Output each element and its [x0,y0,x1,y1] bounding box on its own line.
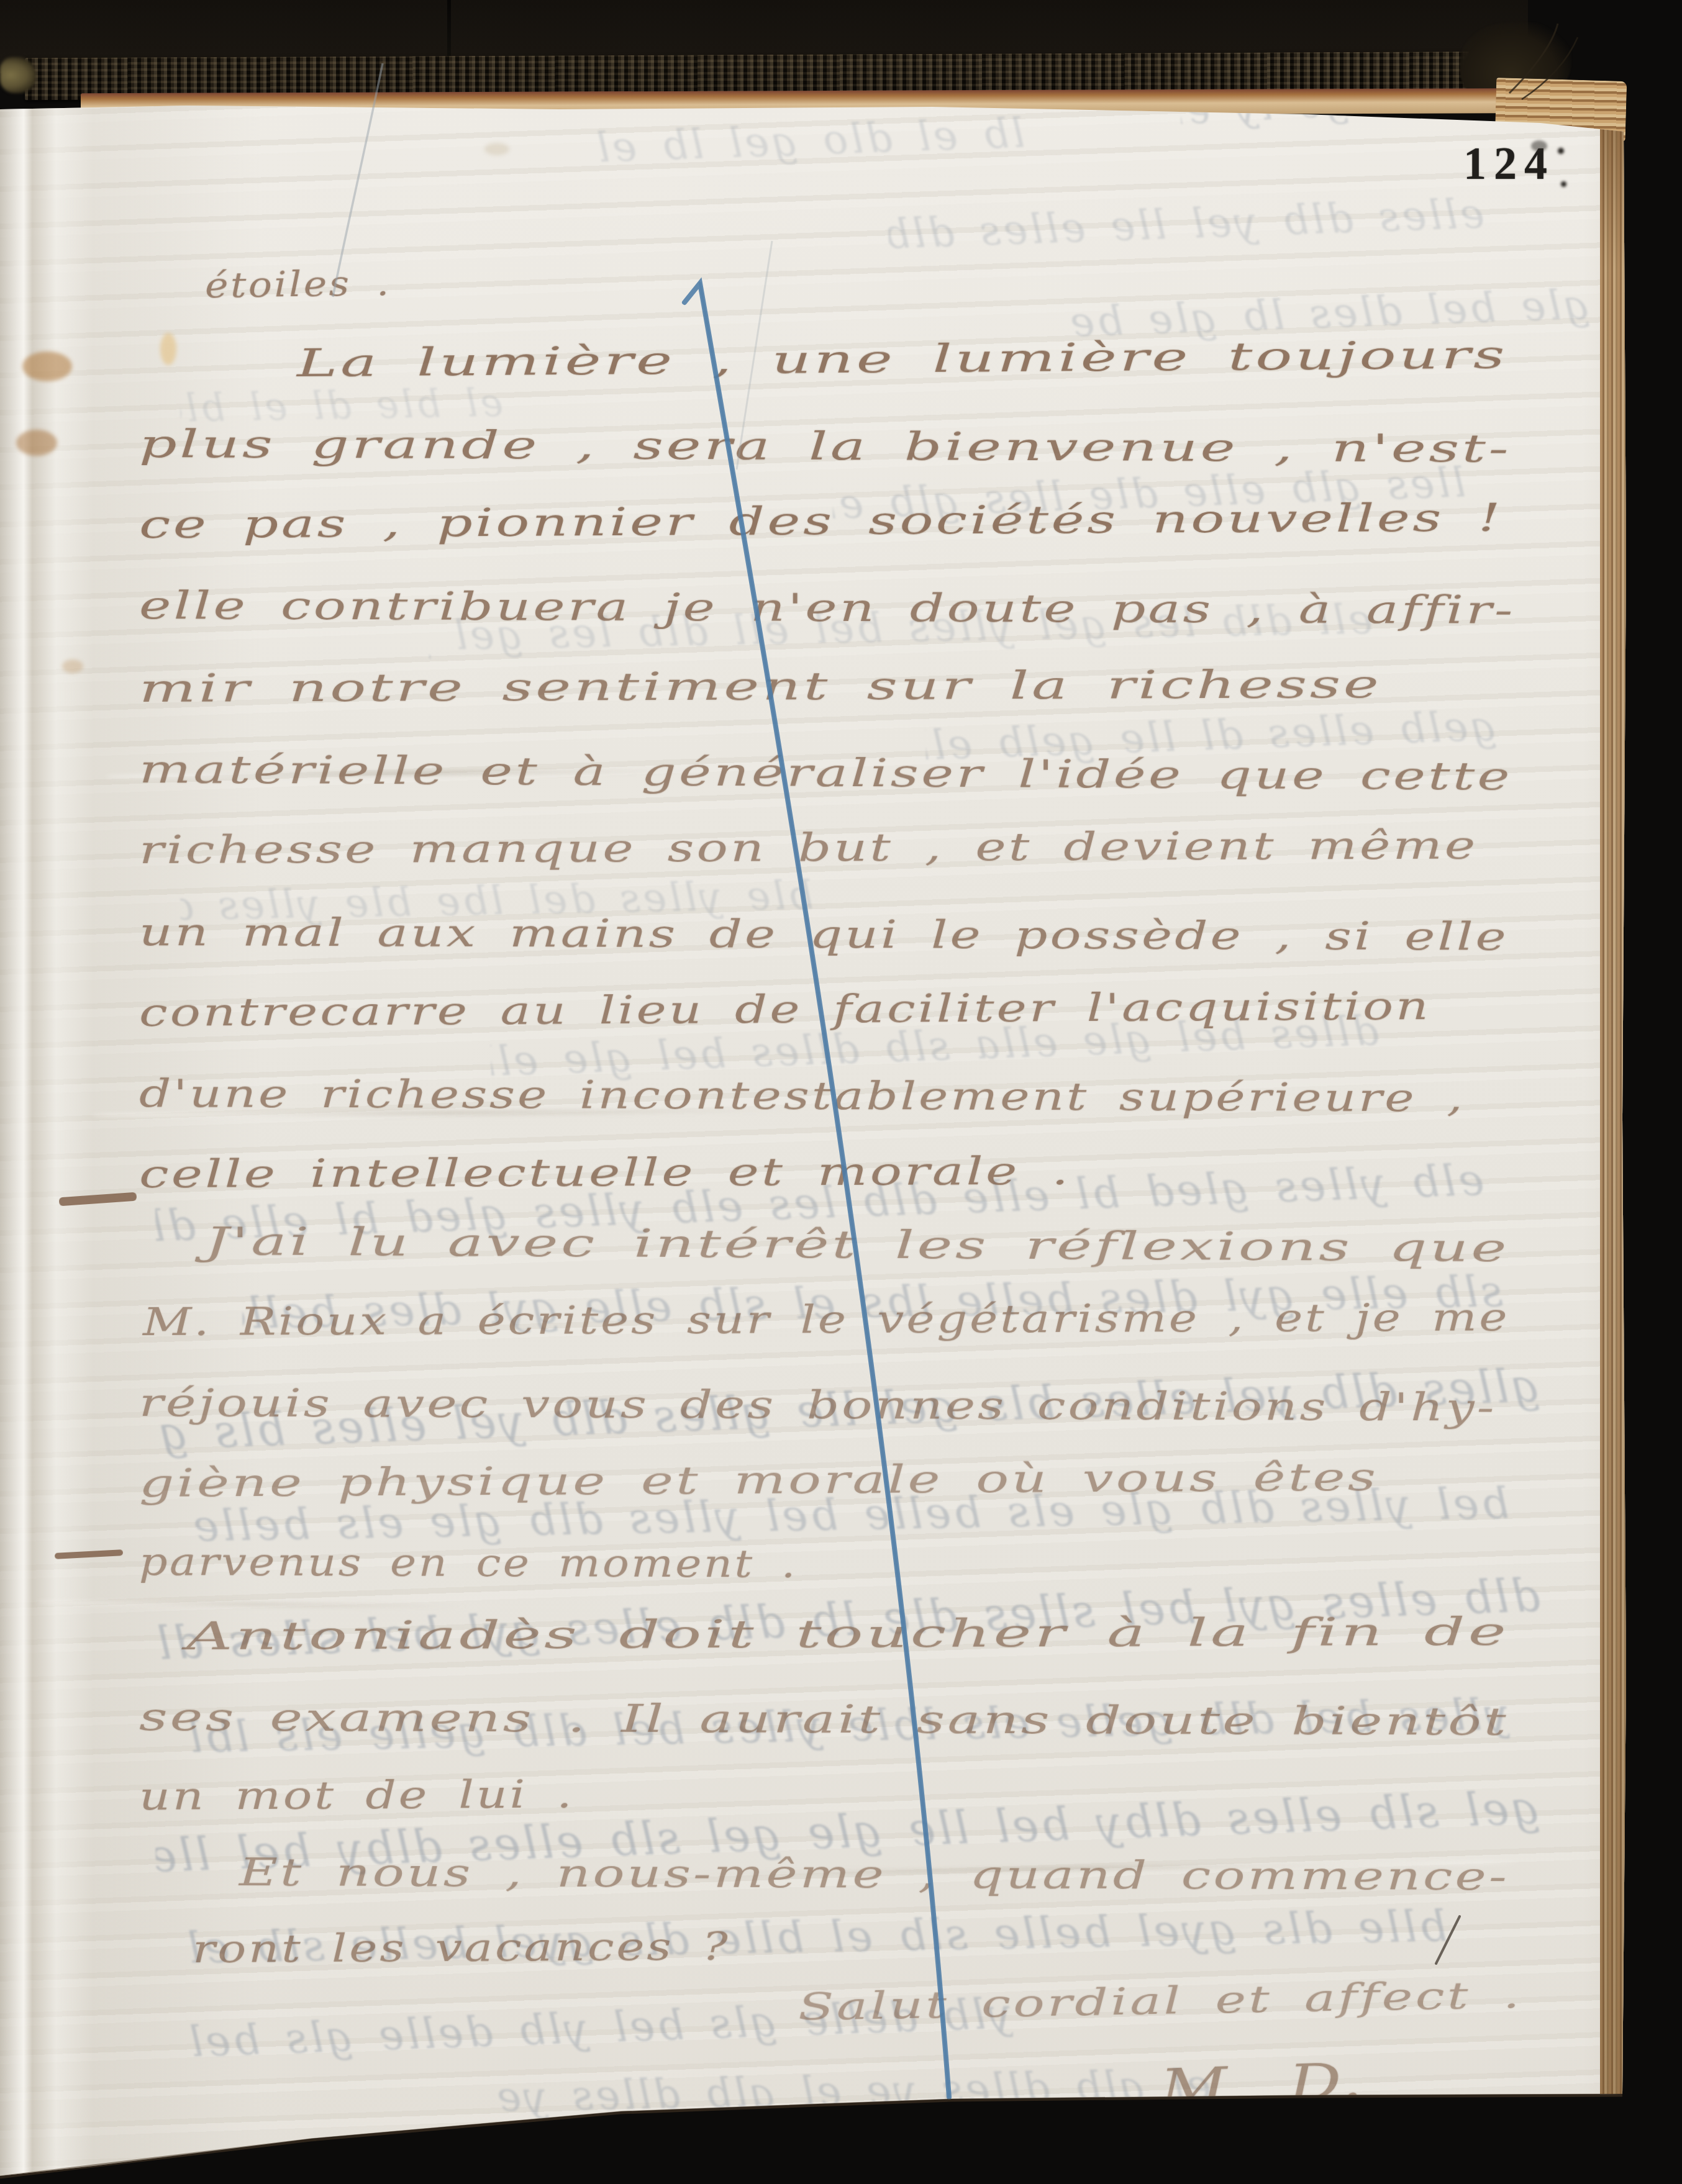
margin-dash [59,1192,137,1207]
handwritten-line: ce pas , pionnier des sociétés nouvelles… [139,495,1503,547]
handwritten-line: J'ai lu avec intérêt les réflexions que [205,1218,1509,1271]
book-fore-edge [1600,112,1626,2096]
handwritten-line: richesse manque son but , et devient mêm… [139,822,1478,872]
handwritten-line: Et nous , nous-même , quand commence- [239,1849,1509,1899]
handwritten-line: M. Rioux a écrites sur le végétarisme , … [143,1294,1510,1344]
handwritten-line: ront les vacances ? [193,1923,730,1972]
handwritten-line: mir notre sentiment sur la richesse [139,661,1382,711]
paper-stain [16,430,57,456]
handwritten-line: La lumière , une lumière toujours [297,332,1508,386]
handwritten-line: elle contribuera je n'en doute pas , à a… [139,582,1516,633]
handwritten-line: contrecarre au lieu de faciliter l'acqui… [139,983,1431,1035]
handwritten-line: plus grande , sera la bienvenue , n'est- [139,421,1511,471]
paper-stain [62,659,83,673]
handwritten-line: giène physique et morale où vous êtes [139,1454,1379,1506]
handwritten-line: M. D. [1159,2052,1365,2117]
bleed-through-line: el glb dlles ye el glb dlles ye [384,2060,1211,2123]
handwritten-line: réjouis avec vous des bonnes conditions … [139,1380,1497,1430]
paper-stain [22,351,72,381]
paper-crease [37,1600,472,1608]
ink-smudge [1561,181,1566,187]
handwritten-line: Salut cordial et affect . [798,1973,1522,2029]
manuscript-page: lb el dlo gel lb el dlo gelly elb ge ly … [0,0,1682,2184]
handwritten-line: Antoniadès doit toucher à la fin de [186,1609,1509,1659]
handwritten-line: ses examens . Il aurait sans doute bient… [139,1694,1509,1744]
handwritten-line: matérielle et à généraliser l'idée que c… [139,746,1512,799]
handwritten-line: d'une richesse incontestablement supérie… [139,1071,1465,1120]
paper-stain [484,143,509,155]
ink-smudge [1531,140,1547,152]
handwritten-line: un mal aux mains de qui le possède , si … [139,909,1509,959]
paper-stain [160,333,176,365]
margin-dash [55,1549,123,1559]
ink-smudge [1558,148,1564,154]
handwritten-line: celle intellectuelle et morale . [139,1148,1071,1197]
book-cover-seam [447,0,451,60]
handwritten-line: étoiles . [205,263,391,306]
handwritten-line: parvenus en ce moment . [139,1539,798,1587]
scanned-book-photo: { "page": { "number": "124", "paper_colo… [0,0,1682,2184]
binding-tassel-left [0,57,36,93]
bleed-through-line: lb el dlo gel lb el dlo gel [577,109,1025,172]
handwritten-line: un mot de lui . [139,1771,575,1819]
bleed-through-line: elles dlb yel lle elles dlb yel lle [888,189,1485,258]
